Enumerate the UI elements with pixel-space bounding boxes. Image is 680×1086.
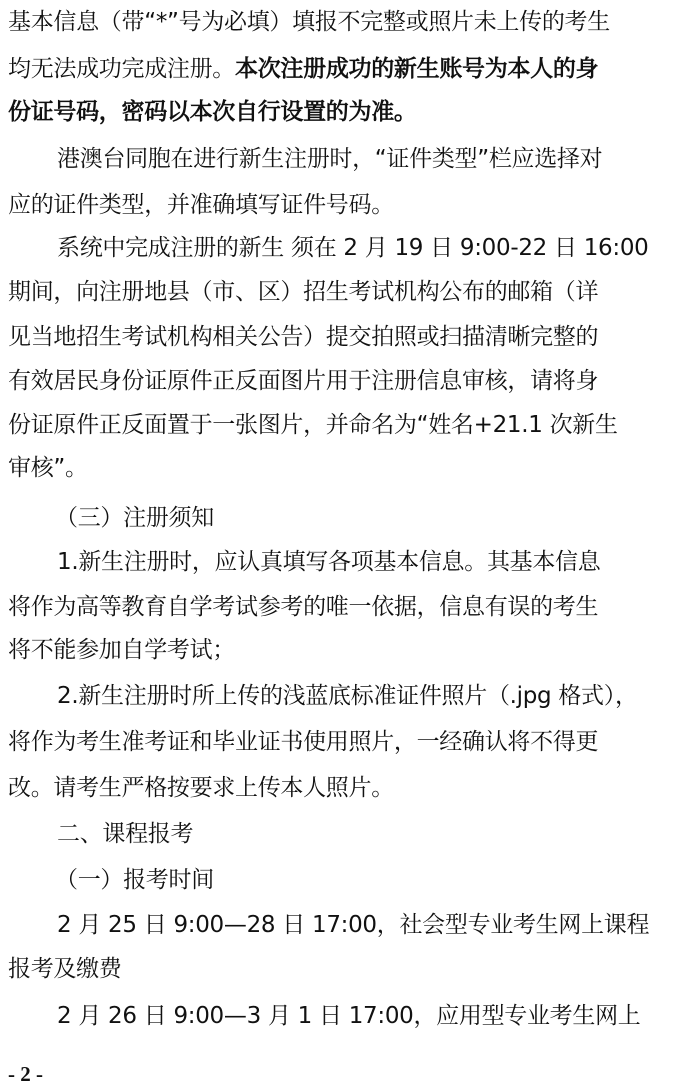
paragraph-line: 审核”。 — [8, 453, 648, 483]
paragraph-line: 期间，向注册地县（市、区）招生考试机构公布的邮箱（详 — [8, 277, 648, 307]
paragraph-line: 2 月 26 日 9:00—3 月 1 日 17:00，应用型专业考生网上 — [57, 1001, 680, 1031]
list-item-continued: 将不能参加自学考试； — [8, 635, 648, 665]
normal-text: 均无法成功完成注册。 — [8, 56, 235, 82]
list-item-continued: 将作为考生准考证和毕业证书使用照片，一经确认将不得更 — [8, 727, 648, 757]
paragraph-line: 系统中完成注册的新生 须在 2 月 19 日 9:00-22 日 16:00 — [57, 233, 680, 263]
section-heading: （三）注册须知 — [55, 503, 680, 533]
section-heading: 二、课程报考 — [57, 819, 680, 849]
paragraph-line: 应的证件类型，并准确填写证件号码。 — [8, 190, 648, 220]
subsection-heading: （一）报考时间 — [55, 865, 680, 895]
list-item: 2.新生注册时所上传的浅蓝底标准证件照片（.jpg 格式）， — [57, 681, 680, 711]
list-item: 1.新生注册时，应认真填写各项基本信息。其基本信息 — [57, 547, 680, 577]
paragraph-line: 基本信息（带“*”号为必填）填报不完整或照片未上传的考生 — [8, 7, 648, 37]
paragraph-line: 2 月 25 日 9:00—28 日 17:00，社会型专业考生网上课程 — [57, 910, 680, 940]
paragraph-line: 见当地招生考试机构相关公告）提交拍照或扫描清晰完整的 — [8, 322, 648, 352]
list-item-continued: 改。请考生严格按要求上传本人照片。 — [8, 773, 648, 803]
paragraph-line: 报考及缴费 — [8, 954, 648, 984]
page-number: - 2 - — [8, 1062, 43, 1086]
paragraph-line: 有效居民身份证原件正反面图片用于注册信息审核，请将身 — [8, 366, 648, 396]
bold-emphasis-text: 本次注册成功的新生账号为本人的身 — [235, 56, 598, 82]
bold-emphasis-text: 份证号码，密码以本次自行设置的为准。 — [8, 97, 648, 127]
list-item-continued: 将作为高等教育自学考试参考的唯一依据，信息有误的考生 — [8, 592, 648, 622]
paragraph-line: 份证原件正反面置于一张图片，并命名为“姓名+21.1 次新生 — [8, 410, 648, 440]
paragraph-line: 港澳台同胞在进行新生注册时，“证件类型”栏应选择对 — [57, 144, 680, 174]
paragraph-line: 均无法成功完成注册。本次注册成功的新生账号为本人的身 — [8, 54, 648, 84]
